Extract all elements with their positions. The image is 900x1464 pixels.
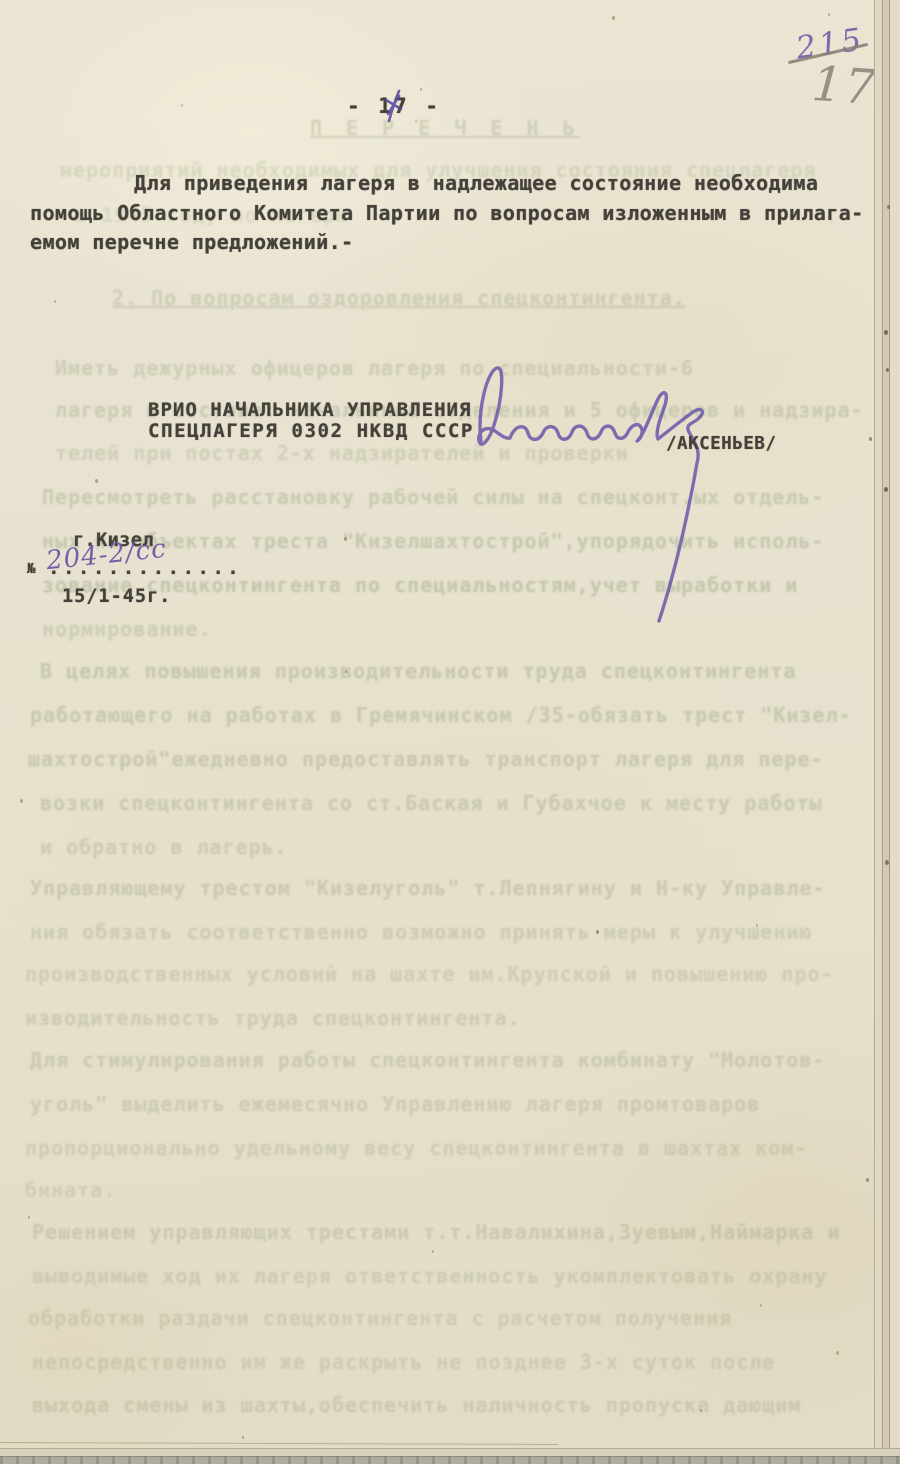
paper-speck [760, 1304, 762, 1307]
ghost-line: производственных условий на шахте им.Кру… [25, 962, 834, 986]
ghost-line: Управляющему трестом "Кизелуголь" т.Лепн… [30, 876, 826, 900]
paper-speck [242, 1436, 244, 1439]
dateline-number-sign: № [27, 561, 36, 577]
paper-speck [869, 437, 872, 441]
paper-speck [344, 537, 347, 541]
ghost-line: выводимые ход их лагеря ответственность … [32, 1264, 828, 1288]
dateline-date: 15/1-45г. [62, 586, 171, 607]
paper-speck [596, 930, 599, 934]
paper-speck [95, 479, 98, 483]
ghost-line: изводительность труда спецконтингента. [25, 1006, 521, 1030]
paper-speck [345, 670, 347, 673]
ghost-line: работающего на работах в Гремячинском /3… [30, 703, 852, 727]
ghost-line: обработки раздачи спецконтингента с расч… [28, 1306, 732, 1330]
ghost-line: Решением управляющих трестами т.т.Навали… [32, 1220, 841, 1244]
corner-number-pencil: 17 [810, 56, 879, 116]
ghost-line: непосредственно им же раскрыть не поздне… [32, 1350, 775, 1374]
paragraph-line: помощь Областного Комитета Партии по воп… [30, 199, 875, 229]
page-edge-right-3 [889, 0, 900, 1464]
underlying-page-edge [0, 1456, 900, 1464]
paper-speck [181, 104, 183, 107]
paper-speck [828, 13, 830, 16]
paper-speck [612, 16, 615, 20]
paper-speck [420, 88, 422, 91]
page-edge-bottom-crease [0, 1442, 558, 1445]
ghost-line: бината. [25, 1178, 116, 1202]
paper-speck [700, 1409, 702, 1412]
ghost-line: и обратно в лагерь. [40, 835, 288, 859]
paper-speck [54, 300, 56, 303]
paragraph-line: Для приведения лагеря в надлежащее состо… [30, 169, 875, 199]
ghost-line: Для стимулирования работы спецконтингент… [30, 1048, 826, 1072]
paper-speck [866, 1178, 869, 1182]
paragraph-line: емом перечне предложений.- [30, 228, 875, 258]
paper-speck [756, 924, 758, 927]
signer-title-line1: ВРИО НАЧАЛЬНИКА УПРАВЛЕНИЯ [148, 399, 471, 421]
paper-speck [415, 120, 417, 123]
ghost-line: нормирование. [42, 617, 212, 641]
ghost-line: уголь" выделить ежемесячно Управлению ла… [30, 1092, 760, 1116]
ghost-line: возки спецконтингента со ст.Баская и Губ… [40, 791, 822, 815]
paper-speck [836, 1351, 839, 1355]
paper-speck [432, 1250, 434, 1253]
signature-ink [463, 363, 741, 635]
ghost-line: ния обязать соответственно возможно прин… [30, 920, 812, 944]
ink-correction-mark [384, 88, 404, 124]
ghost-line: выхода смены из шахты,обеспечить налично… [32, 1393, 801, 1417]
main-paragraph: Для приведения лагеря в надлежащее состо… [30, 169, 875, 258]
ghost-line: шахтострой"ежедневно предоставлять транс… [28, 747, 824, 771]
ghost-line: П Е Р Е Ч Е Н Ь [310, 116, 581, 140]
paper-speck [20, 799, 23, 803]
ghost-line: 2. По вопросам оздоровления спецконтинге… [112, 286, 686, 310]
ghost-line: В целях повышения производительности тру… [40, 659, 796, 683]
typed-signer-name: /АКСЕНЬЕВ/ [666, 434, 776, 454]
paper-speck [28, 1216, 30, 1219]
signer-title-line2: СПЕЦЛАГЕРЯ 0302 НКВД СССР [148, 420, 474, 442]
ghost-line: пропорционально удельному весу спецконти… [25, 1136, 807, 1160]
document-page: П Е Р Е Ч Е Н Ьмероприятий необходимых д… [0, 0, 900, 1464]
